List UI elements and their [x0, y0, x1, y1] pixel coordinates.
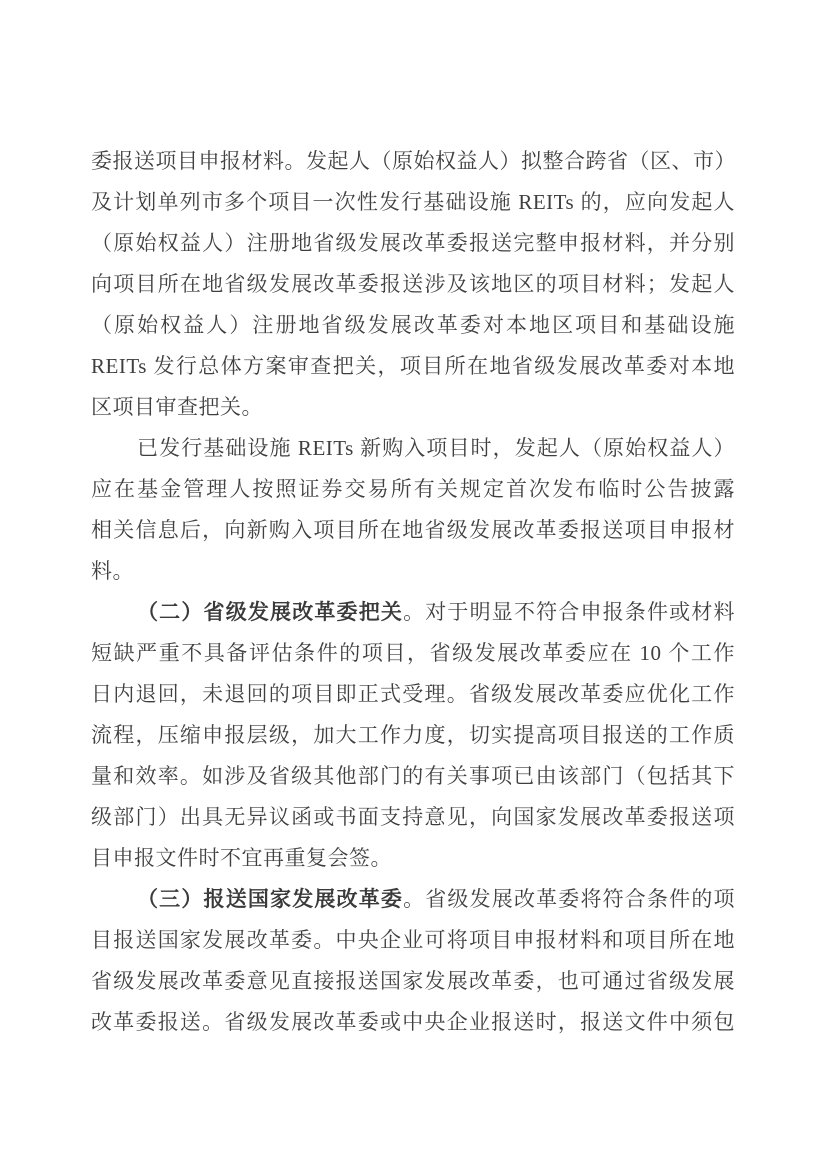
text-line: 级部门）出具无异议函或书面支持意见，向国家发展改革委报送项 — [91, 797, 735, 838]
text-line: 目申报文件时不宜再重复会签。 — [91, 838, 735, 879]
text-line: 流程，压缩申报层级，加大工作力度，切实提高项目报送的工作质 — [91, 715, 735, 756]
document-page: 委报送项目申报材料。发起人（原始权益人）拟整合跨省（区、市）及计划单列市多个项目… — [0, 0, 826, 1169]
text-line: （二）省级发展改革委把关。对于明显不符合申报条件或材料 — [91, 592, 735, 633]
section-heading: （二）省级发展改革委把关 — [137, 600, 403, 624]
text-line: 短缺严重不具备评估条件的项目，省级发展改革委应在 10 个工作 — [91, 633, 735, 674]
document-body: 委报送项目申报材料。发起人（原始权益人）拟整合跨省（区、市）及计划单列市多个项目… — [91, 141, 735, 1043]
text-line: 向项目所在地省级发展改革委报送涉及该地区的项目材料；发起人 — [91, 264, 735, 305]
text-line: 区项目审查把关。 — [91, 387, 735, 428]
text-line: 委报送项目申报材料。发起人（原始权益人）拟整合跨省（区、市） — [91, 141, 735, 182]
text-run: 。省级发展改革委将符合条件的项 — [403, 887, 735, 911]
text-line: 量和效率。如涉及省级其他部门的有关事项已由该部门（包括其下 — [91, 756, 735, 797]
text-line: 应在基金管理人按照证券交易所有关规定首次发布临时公告披露 — [91, 469, 735, 510]
text-line: 目报送国家发展改革委。中央企业可将项目申报材料和项目所在地 — [91, 920, 735, 961]
text-run: 。对于明显不符合申报条件或材料 — [403, 600, 735, 624]
text-line: （三）报送国家发展改革委。省级发展改革委将符合条件的项 — [91, 879, 735, 920]
text-line: 改革委报送。省级发展改革委或中央企业报送时，报送文件中须包 — [91, 1002, 735, 1043]
text-line: 料。 — [91, 551, 735, 592]
text-line: REITs 发行总体方案审查把关，项目所在地省级发展改革委对本地 — [91, 346, 735, 387]
text-line: （原始权益人）注册地省级发展改革委报送完整申报材料，并分别 — [91, 223, 735, 264]
text-line: 日内退回，未退回的项目即正式受理。省级发展改革委应优化工作 — [91, 674, 735, 715]
section-heading: （三）报送国家发展改革委 — [137, 887, 403, 911]
text-line: 相关信息后，向新购入项目所在地省级发展改革委报送项目申报材 — [91, 510, 735, 551]
text-line: 及计划单列市多个项目一次性发行基础设施 REITs 的，应向发起人 — [91, 182, 735, 223]
text-line: （原始权益人）注册地省级发展改革委对本地区项目和基础设施 — [91, 305, 735, 346]
text-line: 已发行基础设施 REITs 新购入项目时，发起人（原始权益人） — [91, 428, 735, 469]
text-line: 省级发展改革委意见直接报送国家发展改革委，也可通过省级发展 — [91, 961, 735, 1002]
